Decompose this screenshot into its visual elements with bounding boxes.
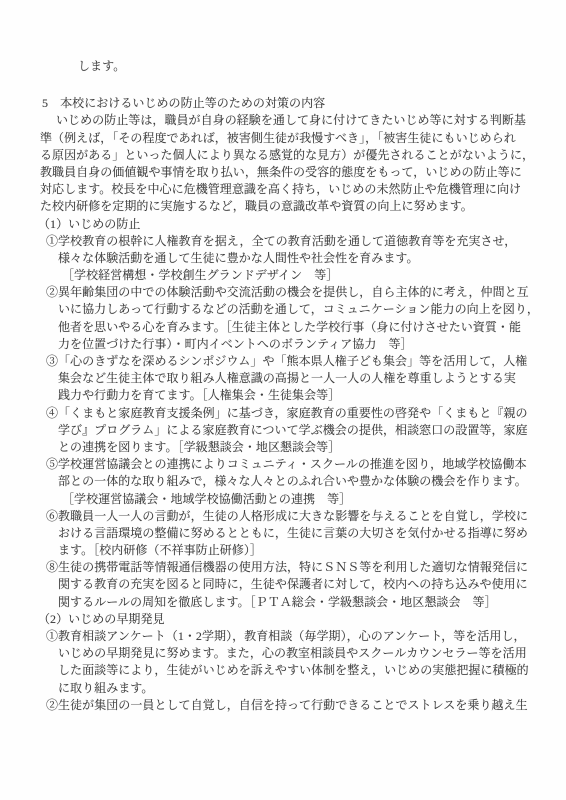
intro-paragraph-line: 対応します。校長を中心に危機管理意識を高く持ち，いじめの未然防止や危機管理に向け xyxy=(40,181,566,198)
subsection-heading: （1）いじめの防止 xyxy=(38,216,566,233)
item-continuation-line: 践力や行動力を育てます。［人権集会・生徒集会等］ xyxy=(58,387,566,404)
scanned-document-page: します。5 本校におけるいじめの防止等のための対策の内容いじめの防止等は，職員が… xyxy=(0,0,566,800)
item-continuation-line: ます。［校内研修（不祥事防止研修）］ xyxy=(58,542,566,559)
section-heading: 5 本校におけるいじめの防止等のための対策の内容 xyxy=(42,95,566,112)
numbered-item-line: ③「心のきずなを深めるシンポジウム」や「熊本県人権子ども集会」等を活用して，人権 xyxy=(46,353,566,370)
numbered-item-line: ⑧生徒の携帯電話等情報通信機器の使用方法，特にＳＮＳ等を利用した適切な情報発信に xyxy=(46,559,566,576)
numbered-item-line: ④「くまもと家庭教育支援条例」に基づき，家庭教育の重要性の啓発や「くまもと『親の xyxy=(46,405,566,422)
item-continuation-line: ［学校経営構想・学校創生グランドデザイン 等］ xyxy=(62,267,566,284)
item-continuation-line: との連携を図ります。［学級懇談会・地区懇談会等］ xyxy=(58,439,566,456)
item-continuation-line: 部との一体的な取り組みで，様々な人々とのふれ合いや豊かな体験の機会を作ります。 xyxy=(58,473,566,490)
item-continuation-line: ［学校運営協議会・地域学校協働活動との連携 等］ xyxy=(62,491,566,508)
intro-paragraph-line: いじめの防止等は，職員が自身の経験を通して身に付けてきたいじめ等に対する判断基 xyxy=(56,112,566,129)
document-body: します。5 本校におけるいじめの防止等のための対策の内容いじめの防止等は，職員が… xyxy=(0,0,566,714)
numbered-item-line: ②異年齢集団の中での体験活動や交流活動の機会を提供し，自ら主体的に考え，仲間と互 xyxy=(46,284,566,301)
item-continuation-line: いじめの早期発見に努めます。また，心の教室相談員やスクールカウンセラー等を活用 xyxy=(58,645,566,662)
item-continuation-line: 他者を思いやる心を育みます。［生徒主体とした学校行事（身に付けさせたい資質・能 xyxy=(58,319,566,336)
subsection-heading: （2）いじめの早期発見 xyxy=(38,611,566,628)
item-continuation-line: 様々な体験活動を通して生徒に豊かな人間性や社会性を育みます。 xyxy=(58,250,566,267)
intro-paragraph-line: 準（例えば，「その程度であれば，被害側生徒が我慢すべき」，「被害生徒にもいじめら… xyxy=(40,130,566,147)
numbered-item-line: ①教育相談アンケート（1・2学期），教育相談（毎学期），心のアンケート，等を活用… xyxy=(46,628,566,645)
paragraph-continuation-fragment: します。 xyxy=(78,58,566,75)
item-continuation-line: おける言語環境の整備に努めるとともに，生徒に言葉の大切さを気付かせる指導に努め xyxy=(58,525,566,542)
intro-paragraph-line: る原因がある」といった個人により異なる感覚的な見方）が優先されることがないように… xyxy=(40,147,566,164)
item-continuation-line: 関するルールの周知を徹底します。［ＰＴＡ総会・学級懇談会・地区懇談会 等］ xyxy=(58,594,566,611)
numbered-item-line: ⑥教職員一人一人の言動が，生徒の人格形成に大きな影響を与えることを自覚し，学校に xyxy=(46,508,566,525)
intro-paragraph-line: た校内研修を定期的に実施するなど，職員の意識改革や資質の向上に努めます。 xyxy=(40,198,566,215)
numbered-item-line: ②生徒が集団の一員として自覚し，自信を持って行動できることでストレスを乗り越え生 xyxy=(46,697,566,714)
item-continuation-line: 力を位置づけた行事）・町内イベントへのボランティア協力 等］ xyxy=(58,336,566,353)
item-continuation-line: 学び』プログラム」による家庭教育について学ぶ機会の提供，相談窓口の設置等，家庭 xyxy=(58,422,566,439)
intro-paragraph-line: 教職員自身の価値観や事情を取り払い，無条件の受容的態度をもって，いじめの防止等に xyxy=(40,164,566,181)
item-continuation-line: した面談等により，生徒がいじめを訴えやすい体制を整え，いじめの実態把握に積極的 xyxy=(58,662,566,679)
item-continuation-line: に取り組みます。 xyxy=(58,680,566,697)
item-continuation-line: 集会など生徒主体で取り組み人権意識の高揚と一人一人の人権を尊重しようとする実 xyxy=(58,370,566,387)
numbered-item-line: ⑤学校運営協議会との連携によりコミュニティ・スクールの推進を図り，地域学校協働本 xyxy=(46,456,566,473)
item-continuation-line: 関する教育の充実を図ると同時に，生徒や保護者に対して，校内への持ち込みや使用に xyxy=(58,576,566,593)
numbered-item-line: ①学校教育の根幹に人権教育を据え，全ての教育活動を通して道徳教育等を充実させ， xyxy=(46,233,566,250)
item-continuation-line: いに協力しあって行動するなどの活動を通して，コミュニケーション能力の向上を図り， xyxy=(58,301,566,318)
